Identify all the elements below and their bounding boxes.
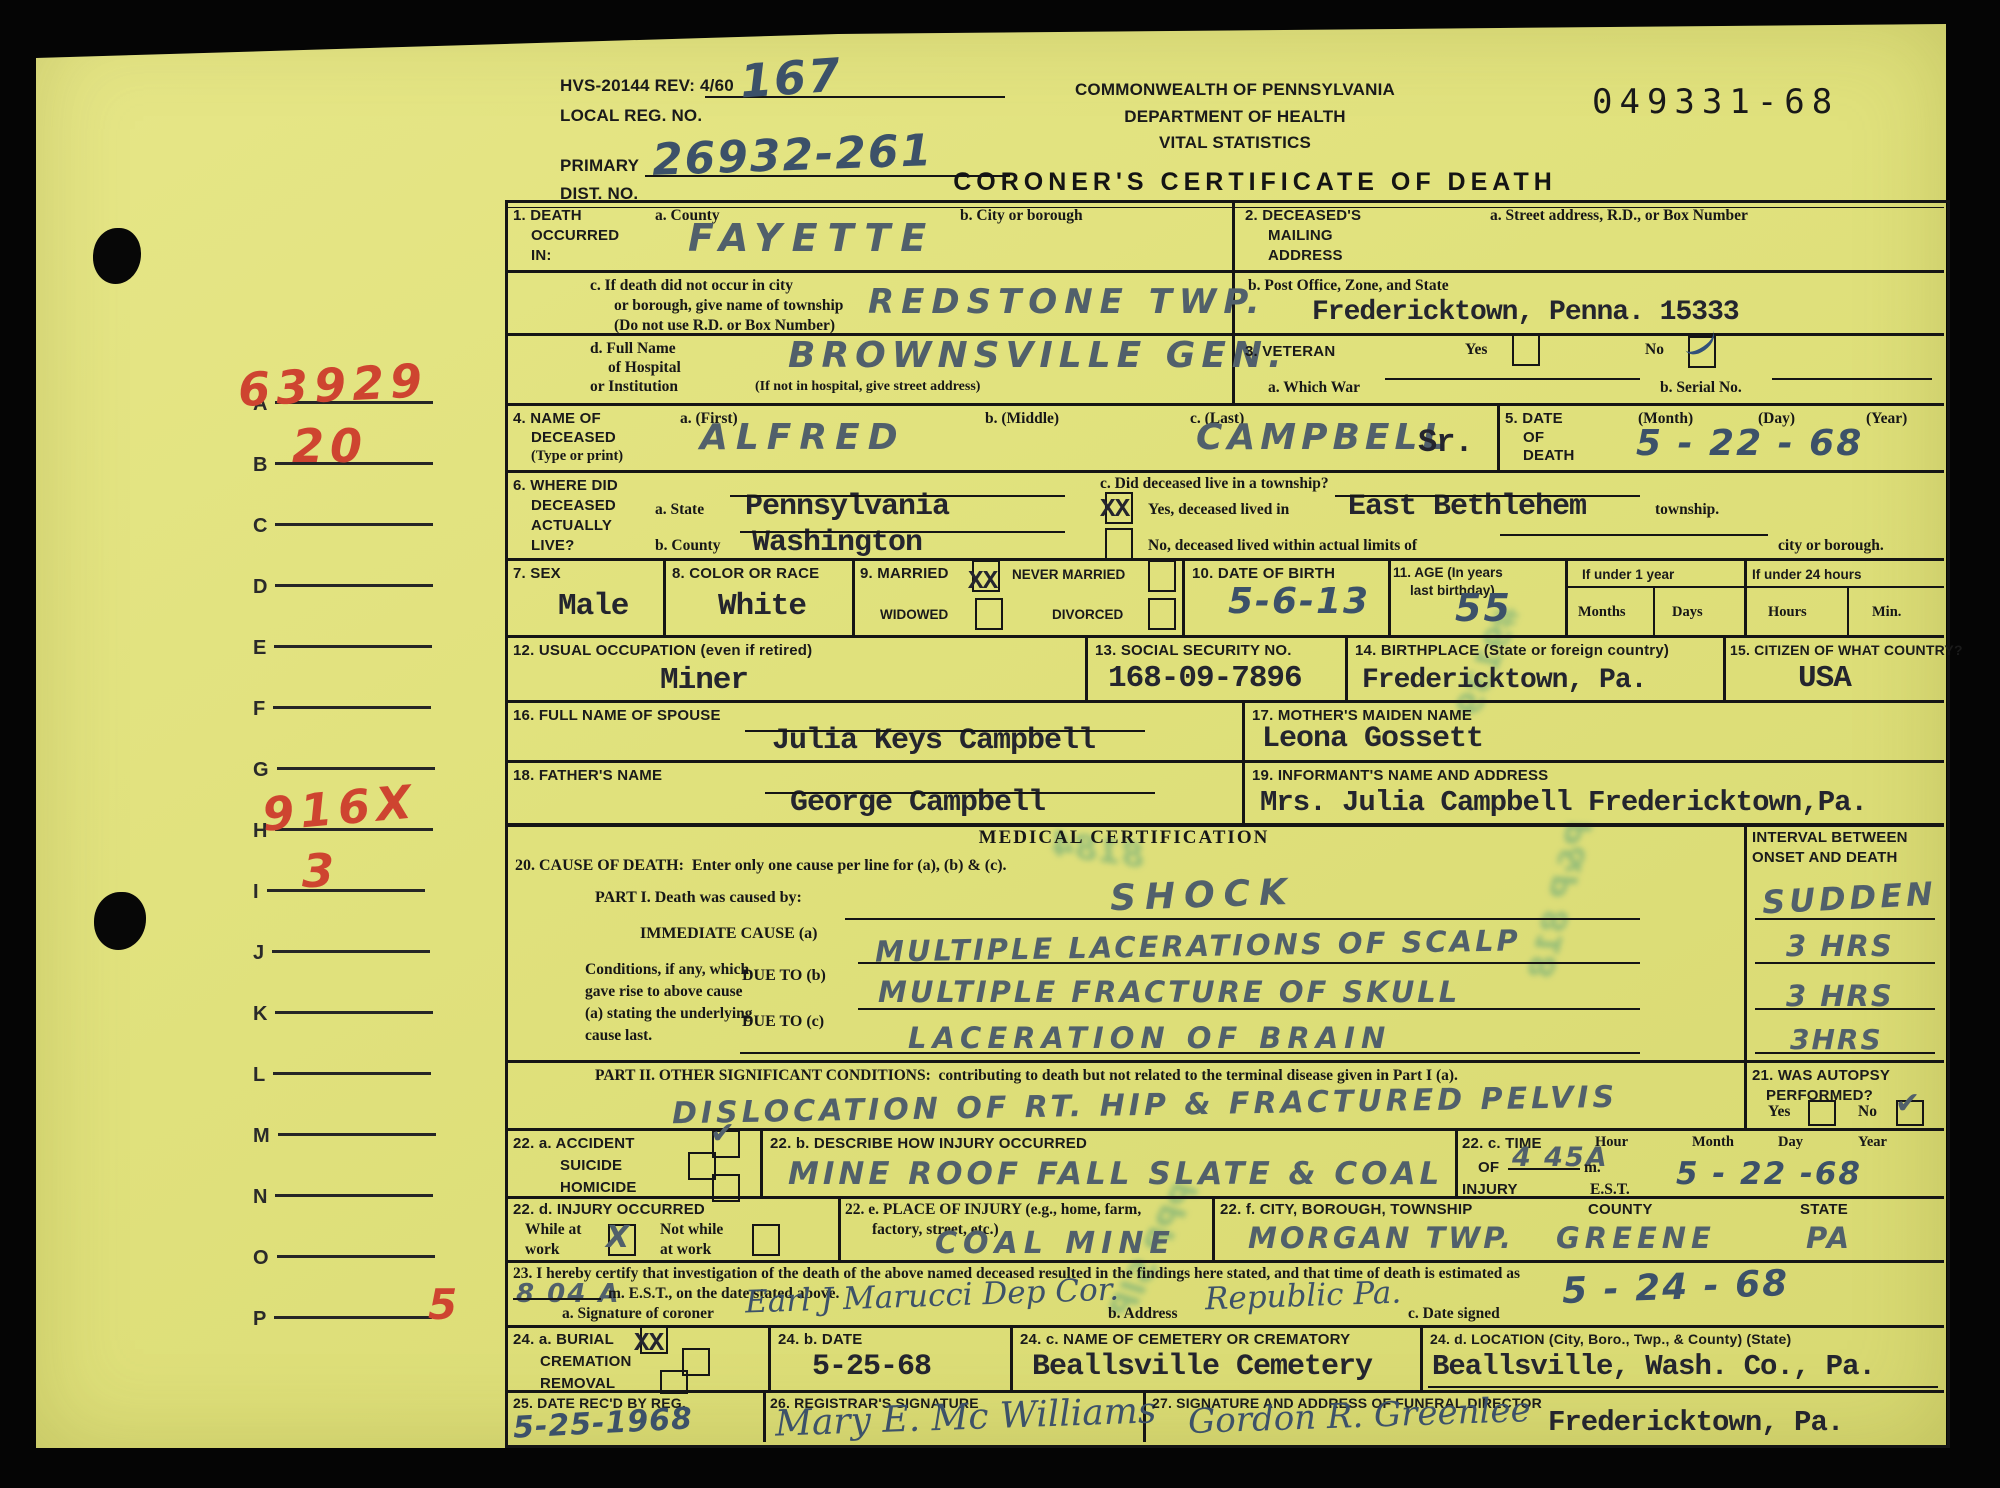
field-12-occupation-value: Miner [660, 666, 748, 696]
field-11-under24hr-label: If under 24 hours [1752, 566, 1862, 583]
field-6c-no-text: No, deceased lived within actual limits … [1148, 536, 1417, 556]
field-22f-city-label: 22. f. CITY, BOROUGH, TOWNSHIP [1220, 1200, 1472, 1219]
field-24c-cemetery-value: Beallsville Cemetery [1032, 1352, 1372, 1382]
field-19-informant-value: Mrs. Julia Campbell Fredericktown,Pa. [1260, 788, 1867, 818]
interval-label: ONSET AND DEATH [1752, 848, 1898, 867]
field-6c-yes-text: Yes, deceased lived in [1148, 500, 1289, 520]
field-3b-serial-label: b. Serial No. [1660, 378, 1742, 398]
field-22b-describe-label: 22. b. DESCRIBE HOW INJURY OCCURRED [770, 1134, 1087, 1153]
field-6a-state-label: a. State [655, 500, 704, 520]
field-1d-label: d. Full Name [590, 339, 676, 359]
due-to-c-label: DUE TO (c) [742, 1012, 824, 1032]
margin-row-j: J [253, 942, 430, 965]
margin-letter: L [253, 1064, 265, 1086]
field-17-mother-value: Leona Gossett [1262, 724, 1483, 754]
field-6-label: ACTUALLY [531, 516, 612, 535]
margin-letter: D [253, 576, 267, 598]
field-2-label: 2. DECEASED'S [1245, 206, 1361, 225]
field-4-first-value: ALFRED [700, 422, 906, 454]
field-1-label: OCCURRED [531, 226, 619, 245]
field-14-birthplace-label: 14. BIRTHPLACE (State or foreign country… [1355, 641, 1669, 660]
field-1c-label: c. If death did not occur in city [590, 276, 793, 296]
field-1b-city-label: b. City or borough [960, 206, 1083, 226]
primary-label: PRIMARY [560, 156, 639, 175]
immediate-cause-label: IMMEDIATE CAUSE (a) [640, 924, 817, 944]
margin-red-note: 20 [292, 423, 368, 469]
field-22a-accident-label: 22. a. ACCIDENT [513, 1134, 635, 1153]
field-4-middle-label: b. (Middle) [985, 409, 1059, 429]
due-to-c-value: MULTIPLE FRACTURE OF SKULL [878, 976, 1460, 1008]
field-1d-label: or Institution [590, 377, 678, 397]
margin-letter: B [253, 454, 267, 476]
field-22d-label: 22. d. INJURY OCCURRED [513, 1200, 705, 1219]
field-11-days-label: Days [1672, 602, 1703, 622]
field-24a-cremation-label: CREMATION [540, 1352, 632, 1371]
field-24a-removal-label: REMOVAL [540, 1374, 615, 1393]
checkbox-widowed [975, 598, 1003, 630]
field-22d-while-label: work [525, 1240, 559, 1260]
part2-label-rest: contributing to death but not related to… [939, 1067, 1458, 1084]
field-2b-postoffice-value: Fredericktown, Penna. 15333 [1312, 298, 1739, 328]
part2-label-bold: PART II. OTHER SIGNIFICANT CONDITIONS: [595, 1067, 931, 1084]
checkbox-autopsy-no-mark: ✔ [1895, 1088, 1922, 1120]
margin-row-n: N [253, 1186, 433, 1209]
local-reg-value: 167 [739, 58, 843, 97]
field-1c-label: (Do not use R.D. or Box Number) [614, 316, 835, 336]
field-7-sex-label: 7. SEX [513, 564, 561, 583]
field-4-label: 4. NAME OF [513, 409, 601, 428]
autopsy-no-label: No [1858, 1102, 1877, 1122]
margin-row-c: C [253, 515, 433, 538]
part1-label: PART I. Death was caused by: [595, 888, 802, 908]
field-1-label: 1. DEATH [513, 206, 582, 225]
margin-red-note: 63929 [237, 357, 429, 413]
field-22f-state-value: PA [1806, 1222, 1851, 1254]
checkbox-autopsy-yes [1808, 1100, 1836, 1126]
form-number: HVS-20144 REV: 4/60 [560, 76, 734, 95]
date-signed-label: c. Date signed [1408, 1304, 1500, 1324]
conditions-note: (a) stating the underlying [585, 1004, 753, 1024]
field-4-label: (Type or print) [531, 446, 623, 466]
field-22f-county-label: COUNTY [1588, 1200, 1653, 1219]
checkbox-6c-no [1105, 528, 1133, 560]
field-22f-county-value: GREENE [1556, 1222, 1716, 1254]
field-4-label: DECEASED [531, 428, 616, 447]
field-5-label: OF [1523, 428, 1544, 447]
margin-letter: M [253, 1125, 270, 1147]
checkbox-divorced [1148, 598, 1176, 630]
margin-letter: E [253, 637, 266, 659]
field-15-citizen-label: 15. CITIZEN OF WHAT COUNTRY? [1730, 641, 1963, 660]
local-reg-label: LOCAL REG. NO. [560, 106, 702, 125]
field-22f-city-value: MORGAN TWP. [1248, 1222, 1514, 1254]
field-24b-date-label: 24. b. DATE [778, 1330, 862, 1349]
margin-row-p: P [253, 1308, 432, 1331]
checkbox-married-mark: XX [968, 566, 997, 596]
field-11-hours-label: Hours [1768, 602, 1807, 622]
field-8-race-label: 8. COLOR OR RACE [672, 564, 819, 583]
primary-dist-value: 26932-261 [652, 135, 934, 177]
field-22d-while-label: While at [525, 1220, 581, 1240]
field-27-funeral-director-address: Fredericktown, Pa. [1548, 1408, 1843, 1438]
field-22c-m-label: m. [1584, 1158, 1601, 1178]
field-12-occupation-label: 12. USUAL OCCUPATION (even if retired) [513, 641, 812, 660]
field-6-label: DECEASED [531, 496, 616, 515]
checkbox-not-while-at-work [752, 1224, 780, 1256]
field-11-age-value: 55 [1455, 592, 1512, 624]
veteran-no-label: No [1645, 340, 1664, 360]
field-27-funeral-director-signature: Gordon R. Greenlee [1188, 1394, 1532, 1438]
field-22a-homicide-label: HOMICIDE [560, 1178, 637, 1197]
coroner-address-value: Republic Pa. [1205, 1277, 1402, 1316]
conditions-note: Conditions, if any, which [585, 960, 749, 980]
checkbox-removal [660, 1370, 688, 1394]
field-4-suffix-value: Sr. [1418, 428, 1473, 458]
field-13-ssn-label: 13. SOCIAL SECURITY NO. [1095, 641, 1292, 660]
field-24d-location-value: Beallsville, Wash. Co., Pa. [1432, 1352, 1875, 1382]
field-6c-no-suffix: city or borough. [1778, 536, 1884, 556]
checkbox-veteran-yes [1512, 334, 1540, 366]
field-22a-suicide-label: SUICIDE [560, 1156, 622, 1175]
field-1d-label: (If not in hospital, give street address… [755, 377, 980, 397]
field-5-label: 5. DATE [1505, 409, 1563, 428]
field-9-married-label: 9. MARRIED [860, 564, 949, 583]
field-2b-postoffice-label: b. Post Office, Zone, and State [1248, 276, 1449, 296]
field-22c-injury-label: INJURY [1462, 1180, 1518, 1199]
field-19-informant-label: 19. INFORMANT'S NAME AND ADDRESS [1252, 766, 1548, 785]
field-22f-state-label: STATE [1800, 1200, 1848, 1219]
field-22c-month-label: Month [1692, 1132, 1734, 1152]
field-20-cause-label-rest: Enter only one cause per line for (a), (… [692, 857, 1007, 874]
field-1d-hospital-value: BROWNSVILLE GEN. [788, 340, 1288, 372]
margin-red-note: 3 [302, 848, 340, 894]
field-6c-township-question: c. Did deceased live in a township? [1100, 474, 1329, 494]
field-9-widowed-label: WIDOWED [880, 606, 948, 623]
margin-row-k: K [253, 1003, 433, 1026]
due-to-c-value-line2: LACERATION OF BRAIN [908, 1022, 1391, 1054]
field-6-label: LIVE? [531, 536, 575, 555]
field-10-dob-value: 5-6-13 [1228, 586, 1370, 618]
margin-letter: P [253, 1308, 266, 1330]
margin-row-d: D [253, 576, 433, 599]
field-5-date-of-death-value: 5 - 22 - 68 [1636, 428, 1863, 460]
field-5-year-label: (Year) [1866, 409, 1907, 429]
field-22c-date-value: 5 - 22 -68 [1676, 1158, 1862, 1190]
field-24b-date-value: 5-25-68 [812, 1352, 931, 1382]
field-5-label: DEATH [1523, 446, 1575, 465]
field-9-divorced-label: DIVORCED [1052, 606, 1123, 623]
due-to-b-interval: 3 HRS [1786, 930, 1894, 962]
checkbox-burial-mark: XX [634, 1328, 663, 1358]
field-3a-war-label: a. Which War [1268, 378, 1360, 398]
checkbox-homicide [712, 1174, 740, 1202]
field-2-label: MAILING [1268, 226, 1333, 245]
field-11-under1yr-label: If under 1 year [1582, 566, 1674, 583]
margin-row-l: L [253, 1064, 431, 1087]
margin-letter: O [253, 1247, 269, 1269]
coroner-signature-label: a. Signature of coroner [562, 1304, 714, 1324]
field-11-age-label: 11. AGE (In years [1393, 564, 1503, 581]
margin-letter: I [253, 881, 259, 903]
field-22e-place-value: COAL MINE [935, 1228, 1176, 1260]
field-9-never-married-label: NEVER MARRIED [1012, 566, 1125, 583]
field-7-sex-value: Male [558, 592, 628, 622]
checkbox-never-married [1148, 560, 1176, 592]
field-14-birthplace-value: Fredericktown, Pa. [1362, 666, 1646, 696]
field-20-cause-label-bold: 20. CAUSE OF DEATH: [515, 857, 684, 874]
part2-label: PART II. OTHER SIGNIFICANT CONDITIONS: c… [595, 1066, 1458, 1086]
field-2-label: ADDRESS [1268, 246, 1343, 265]
field-22d-notwhile-label: at work [660, 1240, 711, 1260]
field-1c-label: or borough, give name of township [614, 296, 843, 316]
field-3-veteran-label: 3. VETERAN [1245, 342, 1335, 361]
margin-red-note: 5 [428, 1282, 463, 1328]
margin-letter: K [253, 1003, 267, 1025]
field-22e-place-label: 22. e. PLACE OF INJURY (e.g., home, farm… [845, 1200, 1141, 1220]
field-22c-of-label: OF [1478, 1158, 1499, 1177]
field-22b-describe-value: MINE ROOF FALL SLATE & COAL [788, 1158, 1443, 1190]
margin-row-o: O [253, 1247, 435, 1270]
field-6-label: 6. WHERE DID [513, 476, 618, 495]
immediate-cause-interval: SUDDEN [1761, 877, 1937, 918]
conditions-note: cause last. [585, 1026, 652, 1046]
conditions-note: gave rise to above cause [585, 982, 743, 1002]
date-signed-value: 5 - 24 - 68 [1562, 1268, 1790, 1308]
field-24c-cemetery-label: 24. c. NAME OF CEMETERY OR CREMATORY [1020, 1330, 1350, 1349]
field-24d-location-label: 24. d. LOCATION (City, Boro., Twp., & Co… [1430, 1330, 1791, 1349]
margin-row-e: E [253, 637, 432, 660]
margin-row-f: F [253, 698, 431, 721]
margin-letter: G [253, 759, 269, 781]
immediate-cause-value: SHOCK [1109, 877, 1296, 915]
field-21-autopsy-label: 21. WAS AUTOPSY [1752, 1066, 1890, 1085]
field-4-last-value: CAMPBELL [1196, 422, 1450, 454]
margin-row-m: M [253, 1125, 436, 1148]
veteran-yes-label: Yes [1465, 340, 1487, 360]
field-6b-county-label: b. County [655, 536, 720, 556]
field-22c-year-label: Year [1858, 1132, 1887, 1152]
field-18-father-label: 18. FATHER'S NAME [513, 766, 662, 785]
field-16-spouse-label: 16. FULL NAME OF SPOUSE [513, 706, 721, 725]
margin-letter: J [253, 942, 264, 964]
field-1c-township-value: REDSTONE TWP. [868, 286, 1267, 318]
checkbox-accident-mark: ✔ [710, 1118, 737, 1150]
field-22c-day-label: Day [1778, 1132, 1803, 1152]
margin-red-note: 916X [260, 778, 419, 837]
due-to-b-label: DUE TO (b) [742, 966, 826, 986]
autopsy-yes-label: Yes [1768, 1102, 1790, 1122]
interval-label: INTERVAL BETWEEN [1752, 828, 1908, 847]
field-1d-label: of Hospital [608, 358, 681, 378]
field-2a-street-label: a. Street address, R.D., or Box Number [1490, 206, 1748, 226]
field-11-months-label: Months [1578, 602, 1626, 622]
margin-letter: C [253, 515, 267, 537]
field-6c-township-suffix: township. [1655, 500, 1719, 520]
margin-letter: F [253, 698, 265, 720]
coroner-address-label: b. Address [1108, 1304, 1178, 1324]
certificate-number-stamp: 049331-68 [1592, 82, 1839, 122]
field-13-ssn-value: 168-09-7896 [1108, 664, 1302, 694]
margin-letter: N [253, 1186, 267, 1208]
field-22c-est-label: E.S.T. [1590, 1180, 1630, 1200]
field-8-race-value: White [718, 592, 806, 622]
field-15-citizen-value: USA [1798, 664, 1851, 694]
field-22d-notwhile-label: Not while [660, 1220, 723, 1240]
field-20-cause-label: 20. CAUSE OF DEATH: Enter only one cause… [515, 856, 1007, 876]
checkbox-6c-yes-mark: XX [1100, 494, 1129, 524]
checkbox-while-at-work-mark: X [606, 1222, 631, 1254]
field-24a-burial-label: 24. a. BURIAL [513, 1330, 614, 1349]
field-1-label: IN: [531, 246, 552, 265]
field-1a-county-value: FAYETTE [688, 222, 936, 254]
scanned-death-certificate: #9139 P&P 818 8184 PPP SIP HVS-20144 REV… [0, 0, 2000, 1488]
field-11-min-label: Min. [1872, 602, 1901, 622]
